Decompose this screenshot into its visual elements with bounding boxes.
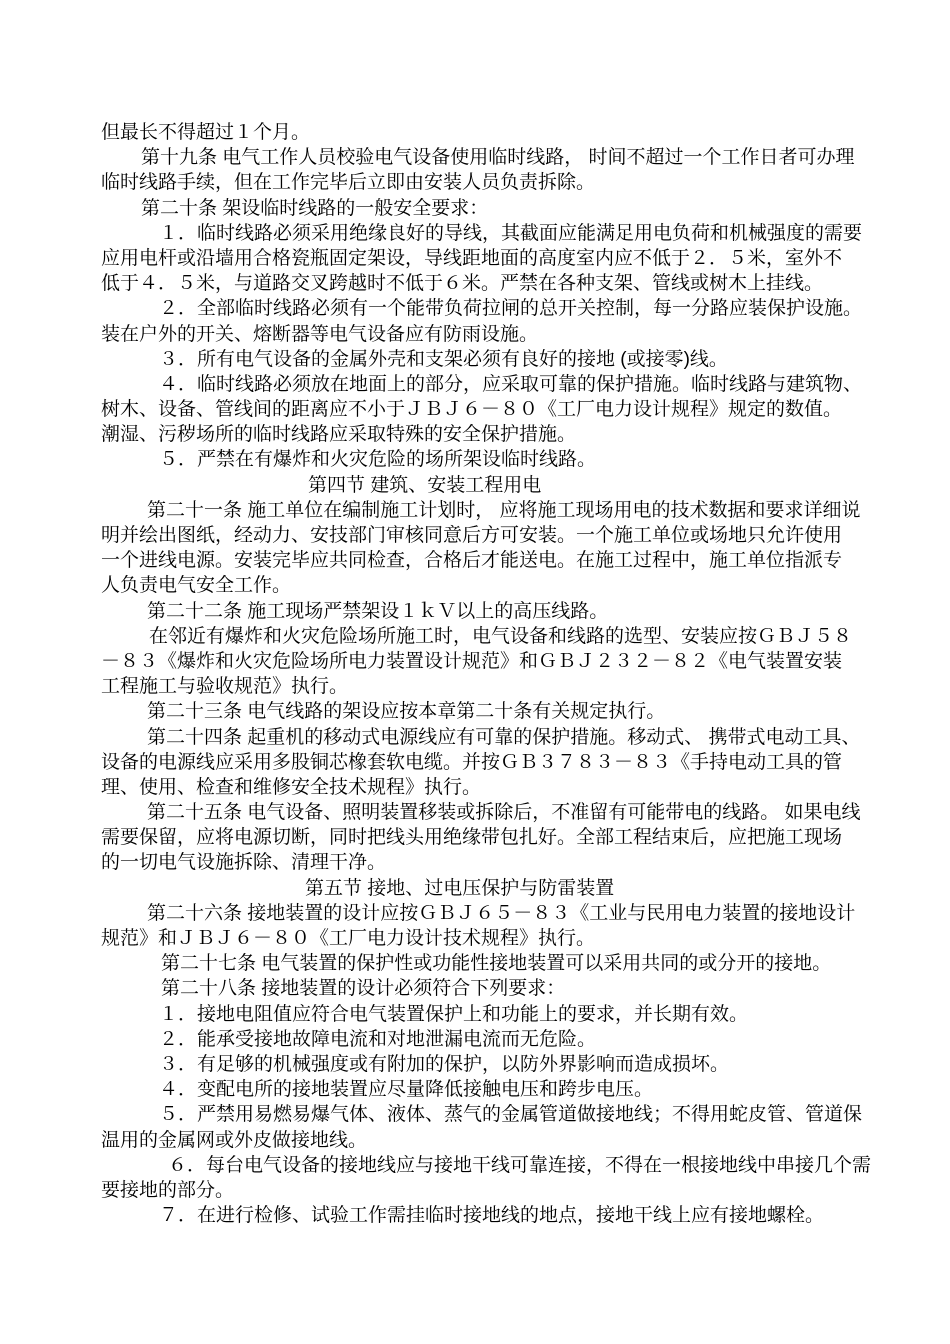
paragraph-start-line: 第二十六条 接地装置的设计应按ＧＢＪ６５－８３《工业与民用电力装置的接地设计 xyxy=(101,901,861,926)
text-line: 工程施工与验收规范》执行。 xyxy=(101,674,861,699)
list-item-line: ４．临时线路必须放在地面上的部分，应采取可靠的保护措施。临时线路与建筑物、 xyxy=(101,372,861,397)
list-item-line: ３．所有电气设备的金属外壳和支架必须有良好的接地 (或接零)线。 xyxy=(101,347,861,372)
paragraph-start-line: 第二十八条 接地装置的设计必须符合下列要求： xyxy=(101,976,861,1001)
list-item-line: ３．有足够的机械强度或有附加的保护，以防外界影响而造成损坏。 xyxy=(101,1052,861,1077)
document-page: 但最长不得超过１个月。第十九条 电气工作人员校验电气设备使用临时线路， 时间不超… xyxy=(0,0,950,1344)
list-item-line: ４．变配电所的接地装置应尽量降低接触电压和跨步电压。 xyxy=(101,1077,861,1102)
paragraph-start-line: 第二十七条 电气装置的保护性或功能性接地装置可以采用共同的或分开的接地。 xyxy=(101,951,861,976)
list-item-line: １．接地电阻值应符合电气装置保护上和功能上的要求，并长期有效。 xyxy=(101,1002,861,1027)
text-line: 装在户外的开关、熔断器等电气设备应有防雨设施。 xyxy=(101,322,861,347)
paragraph-start-line: 第二十五条 电气设备、照明装置移装或拆除后，不准留有可能带电的线路。 如果电线 xyxy=(101,800,861,825)
text-line: 明并绘出图纸，经动力、安技部门审核同意后方可安装。一个施工单位或场地只允许使用 xyxy=(101,523,861,548)
list-item-line: ２．能承受接地故障电流和对地泄漏电流而无危险。 xyxy=(101,1027,861,1052)
text-line: 一个进线电源。安装完毕应共同检查，合格后才能送电。在施工过程中，施工单位指派专 xyxy=(101,548,861,573)
paragraph-start-line: 第二十三条 电气线路的架设应按本章第二十条有关规定执行。 xyxy=(101,699,861,724)
list-item-line: ２．全部临时线路必须有一个能带负荷拉闸的总开关控制，每一分路应装保护设施。 xyxy=(101,296,861,321)
section-heading: 第四节 建筑、安装工程用电 xyxy=(101,473,861,498)
text-line: 人负责电气安全工作。 xyxy=(101,573,861,598)
text-line: 设备的电源线应采用多股铜芯橡套软电缆。并按ＧＢ３７８３－８３《手持电动工具的管 xyxy=(101,750,861,775)
paragraph-start-line: 第二十二条 施工现场严禁架设１ｋＶ以上的高压线路。 xyxy=(101,599,861,624)
document-text-block: 但最长不得超过１个月。第十九条 电气工作人员校验电气设备使用临时线路， 时间不超… xyxy=(101,120,861,1228)
text-line: 理、使用、检查和维修安全技术规程》执行。 xyxy=(101,775,861,800)
text-line: 低于４．５米，与道路交叉跨越时不低于６米。严禁在各种支架、管线或树木上挂线。 xyxy=(101,271,861,296)
text-line: 应用电杆或沿墙用合格瓷瓶固定架设，导线距地面的高度室内应不低于２．５米，室外不 xyxy=(101,246,861,271)
text-line: 温用的金属网或外皮做接地线。 xyxy=(101,1128,861,1153)
text-line: －８３《爆炸和火灾危险场所电力装置设计规范》和ＧＢＪ２３２－８２《电气装置安装 xyxy=(101,649,861,674)
paragraph-start-line: 第十九条 电气工作人员校验电气设备使用临时线路， 时间不超过一个工作日者可办理 xyxy=(101,145,861,170)
text-line: 但最长不得超过１个月。 xyxy=(101,120,861,145)
list-item-line: １．临时线路必须采用绝缘良好的导线，其截面应能满足用电负荷和机械强度的需要 xyxy=(101,221,861,246)
list-item-line: ５．严禁在有爆炸和火灾危险的场所架设临时线路。 xyxy=(101,447,861,472)
text-line: 规范》和ＪＢＪ６－８０《工厂电力设计技术规程》执行。 xyxy=(101,926,861,951)
paragraph-start-line: 第二十条 架设临时线路的一般安全要求： xyxy=(101,196,861,221)
text-line: 的一切电气设施拆除、清理干净。 xyxy=(101,850,861,875)
list-item-line: ７．在进行检修、试验工作需挂临时接地线的地点，接地干线上应有接地螺栓。 xyxy=(101,1203,861,1228)
text-line: 需要保留，应将电源切断，同时把线头用绝缘带包扎好。全部工程结束后，应把施工现场 xyxy=(101,825,861,850)
text-line: 临时线路手续，但在工作完毕后立即由安装人员负责拆除。 xyxy=(101,170,861,195)
paragraph-start-line: 第二十四条 起重机的移动式电源线应有可靠的保护措施。移动式、 携带式电动工具、 xyxy=(101,725,861,750)
list-item-line: ６．每台电气设备的接地线应与接地干线可靠连接，不得在一根接地线中串接几个需 xyxy=(101,1153,861,1178)
paragraph-start-line: 在邻近有爆炸和火灾危险场所施工时，电气设备和线路的选型、安装应按ＧＢＪ５８ xyxy=(101,624,861,649)
paragraph-start-line: 第二十一条 施工单位在编制施工计划时， 应将施工现场用电的技术数据和要求详细说 xyxy=(101,498,861,523)
section-heading: 第五节 接地、过电压保护与防雷装置 xyxy=(101,876,861,901)
text-line: 树木、设备、管线间的距离应不小于ＪＢＪ６－８０《工厂电力设计规程》规定的数值。 xyxy=(101,397,861,422)
list-item-line: ５．严禁用易燃易爆气体、液体、蒸气的金属管道做接地线；不得用蛇皮管、管道保 xyxy=(101,1102,861,1127)
text-line: 潮湿、污秽场所的临时线路应采取特殊的安全保护措施。 xyxy=(101,422,861,447)
text-line: 要接地的部分。 xyxy=(101,1178,861,1203)
